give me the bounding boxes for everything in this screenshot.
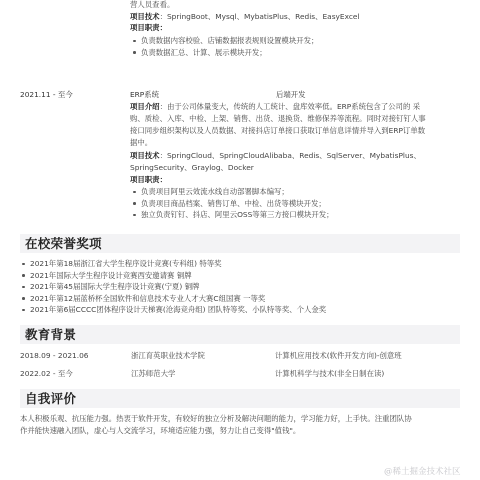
list-item: 独立负责钉钉、抖店、阿里云OSS等第三方接口模块开发； xyxy=(131,209,334,221)
education-period: 2018.09 - 2021.06 xyxy=(20,350,89,362)
project2-tech-line: SpringSecurity、Graylog、Docker xyxy=(130,162,254,174)
education-major: 计算机应用技术(软件开发方向)-创意班 xyxy=(275,350,402,362)
watermark: @稀土掘金技术社区 xyxy=(384,465,461,477)
self-eval-title: 自我评价 xyxy=(25,390,76,407)
project2-intro-line: 购、质检、入库、中检、上架、销售、出货、退换货、维修保养等流程。同时对接钉钉人事 xyxy=(130,113,426,125)
list-item: 2021年国际大学生程序设计竞赛西安邀请赛 铜牌 xyxy=(20,270,326,282)
self-eval-line: 作并能快速融入团队，虚心与人交流学习，环境适应能力强，努力让自己变得"值钱"。 xyxy=(20,425,300,437)
self-eval-line: 本人积极乐观、抗压能力强。热衷于软件开发，有较好的独立分析及解决问题的能力，学习… xyxy=(20,413,412,425)
project2-period: 2021.11 - 至今 xyxy=(20,89,73,101)
project2-intro: 项目介绍：由于公司体量变大，传统的人工统计、盘库效率低。ERP系统包含了公司的 … xyxy=(130,101,420,113)
project1-tech: 项目技术：SpringBoot、Mysql、MybatisPlus、Redis、… xyxy=(130,11,360,23)
list-item: 负责数据汇总、计算、展示模块开发； xyxy=(131,47,318,59)
list-item: 2021年第18届浙江省大学生程序设计竞赛(专科组) 特等奖 xyxy=(20,258,326,270)
project2-intro-label: 项目介绍 xyxy=(130,102,160,111)
education-major: 计算机科学与技术(非全日制在读) xyxy=(275,368,384,380)
education-school: 江苏师范大学 xyxy=(131,368,175,380)
project2-duty-list: 负责项目阿里云效流水线自动部署脚本编写； 负责项目商品档案、销售订单、中检、出货… xyxy=(131,186,334,221)
list-item: 负责项目阿里云效流水线自动部署脚本编写； xyxy=(131,186,334,198)
project2-intro-line: 据中。 xyxy=(130,137,152,149)
list-item: 2021年第12届蓝桥杯全国软件和信息技术专业人才大赛C组国赛 一等奖 xyxy=(20,293,326,305)
list-item: 2021年第6届CCCC团体程序设计天梯赛(沧海竞舟组) 团队特等奖、小队特等奖… xyxy=(20,304,326,316)
project1-duty-list: 负责数据内容校验、店铺数据报表规则设置模块开发； 负责数据汇总、计算、展示模块开… xyxy=(131,35,318,58)
education-school: 浙江育英职业技术学院 xyxy=(131,350,205,362)
self-eval-header: 自我评价 xyxy=(20,389,460,408)
education-title: 教育背景 xyxy=(25,326,76,343)
project2-duty-label: 项目职责： xyxy=(130,174,167,186)
project2-name: ERP系统 xyxy=(130,89,159,101)
project2-tech-label: 项目技术 xyxy=(130,151,160,160)
list-item: 负责数据内容校验、店铺数据报表规则设置模块开发； xyxy=(131,35,318,47)
project2-intro-line: 接口同步组织架构以及人员数据、对接抖店订单接口获取订单信息详情并导入到ERP订单… xyxy=(130,125,425,137)
education-period: 2022.02 - 至今 xyxy=(20,368,73,380)
project1-tech-label: 项目技术 xyxy=(130,12,160,21)
honors-header: 在校荣誉奖项 xyxy=(20,234,460,253)
project1-intro-tail: 营人员查看。 xyxy=(130,0,174,11)
honors-title: 在校荣誉奖项 xyxy=(25,235,102,252)
project1-tech-value: ：SpringBoot、Mysql、MybatisPlus、Redis、Easy… xyxy=(160,12,360,21)
project1-duty-label: 项目职责： xyxy=(130,22,167,34)
list-item: 2021年第45届国际大学生程序设计竞赛(宁夏) 铜牌 xyxy=(20,281,326,293)
education-header: 教育背景 xyxy=(20,325,460,344)
project2-tech: 项目技术：SpringCloud、SpringCloudAlibaba、Redi… xyxy=(130,150,421,162)
honors-list: 2021年第18届浙江省大学生程序设计竞赛(专科组) 特等奖 2021年国际大学… xyxy=(20,258,326,316)
project2-role: 后端开发 xyxy=(276,89,306,101)
list-item: 负责项目商品档案、销售订单、中检、出货等模块开发； xyxy=(131,198,334,210)
